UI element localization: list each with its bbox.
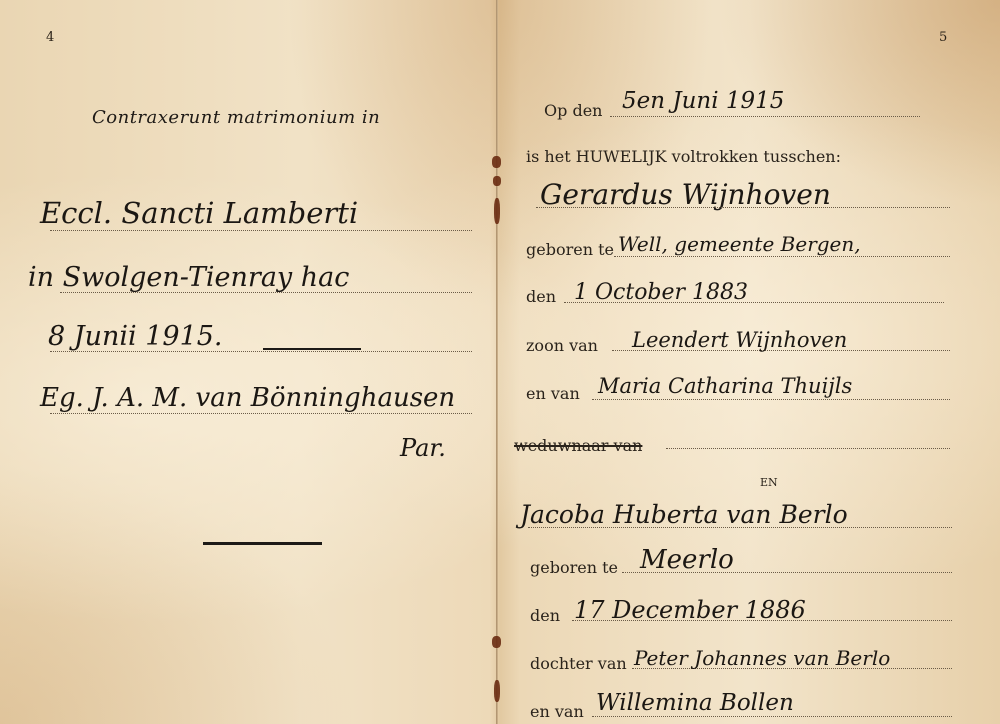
bride-name: Jacoba Huberta van Berlo [520,500,848,529]
dotted-line [610,116,920,117]
dotted-line [614,256,950,257]
widower-label-struck: weduwnaar van [514,436,642,455]
dotted-line [592,716,952,717]
marriage-intro: is het HUWELIJK voltrokken tusschen: [526,147,841,166]
church-date-line: 8 Junii 1915. [48,321,223,352]
groom-birthplace-label: geboren te [526,240,614,259]
dotted-line [50,351,472,352]
groom-birthdate-label: den [526,287,556,306]
dotted-line [50,413,472,414]
left-page: 4 Contraxerunt matrimonium in Eccl. Sanc… [0,0,497,724]
priest-signature: Eg. J. A. M. van Bönninghausen [40,383,455,413]
bride-birthdate-label: den [530,606,560,625]
date-label: Op den [544,101,602,120]
dotted-line [50,230,472,231]
dotted-line [60,292,472,293]
groom-father: Leendert Wijnhoven [632,328,847,352]
bride-mother-label: en van [530,702,584,721]
priest-title: Par. [400,434,446,462]
printed-divider [203,542,322,545]
bride-birthplace-label: geboren te [530,558,618,577]
bride-birthdate: 17 December 1886 [574,596,806,624]
conjunction-en: EN [760,476,778,489]
page-number-right: 5 [939,30,947,45]
dotted-line [592,399,950,400]
bride-birthplace: Meerlo [640,545,734,575]
bride-father: Peter Johannes van Berlo [634,646,890,670]
groom-birthplace: Well, gemeente Bergen, [618,232,861,256]
groom-father-label: zoon van [526,336,598,355]
dotted-line [666,448,950,449]
groom-mother: Maria Catharina Thuijls [598,374,852,398]
handwritten-dash [263,348,361,350]
bride-father-label: dochter van [530,654,627,673]
open-booklet-spread: 4 Contraxerunt matrimonium in Eccl. Sanc… [0,0,1000,724]
bride-mother: Willemina Bollen [596,690,794,716]
dotted-line [536,207,950,208]
groom-mother-label: en van [526,384,580,403]
marriage-date: 5en Juni 1915 [622,88,784,114]
dotted-line [528,527,952,528]
groom-birthdate: 1 October 1883 [574,280,748,305]
page-number-left: 4 [46,30,54,45]
latin-heading: Contraxerunt matrimonium in [92,107,380,128]
parish-place-line: in Swolgen-Tienray hac [28,262,349,293]
church-name-line: Eccl. Sancti Lamberti [40,196,358,230]
